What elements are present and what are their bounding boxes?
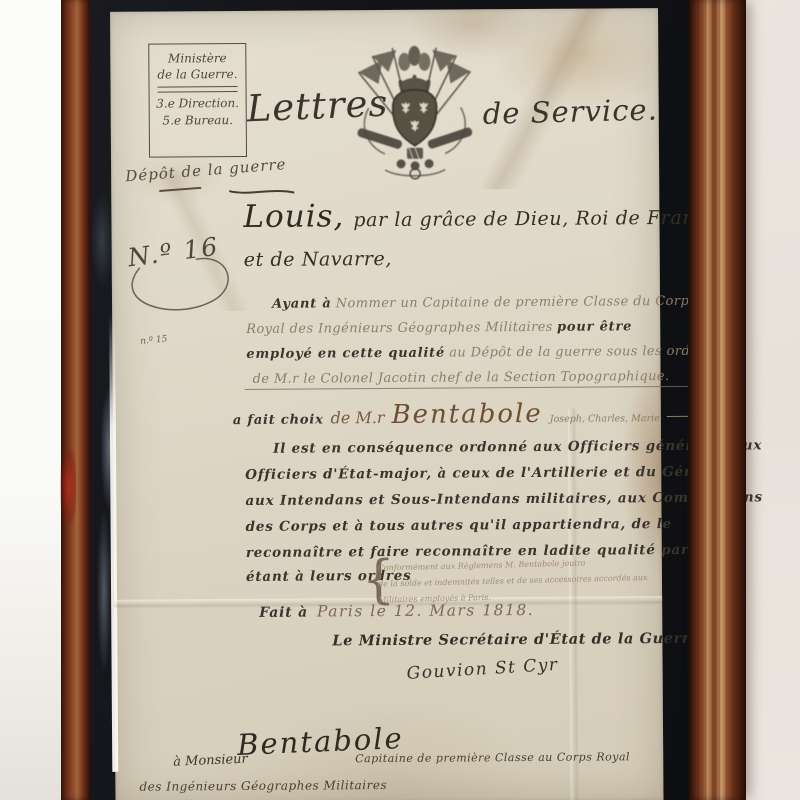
hw-royal-corps: Royal des Ingénieurs Géographes Militair… [246, 320, 553, 337]
printed-employe: employé en cette qualité [246, 346, 445, 362]
footer-title-line2: des Ingénieurs Géographes Militaires [139, 778, 387, 794]
choice-line: a fait choix de M.r Bentabole Joseph, Ch… [233, 398, 719, 431]
king-name: Louis, [243, 198, 344, 235]
royal-heading-line2: et de Navarre, [244, 248, 392, 271]
hw-appointee-name: Bentabole [391, 399, 542, 430]
hw-colonel-jacotin: de M.r le Colonel Jacotin chef de la Sec… [253, 369, 670, 387]
royal-heading-rest: par la grâce de Dieu, Roi de France [353, 207, 718, 232]
bureau-line: 5.e Bureau. [152, 114, 244, 128]
ministry-office-box: Ministère de la Guerre. 3.e Direction. 5… [148, 43, 247, 158]
royal-heading-line1: Louis, par la grâce de Dieu, Roi de Fran… [243, 196, 718, 235]
wall-left-strip [0, 0, 61, 800]
ministry-line1: Ministère [151, 52, 243, 66]
appointment-line4: de M.r le Colonel Jacotin chef de la Sec… [253, 369, 670, 387]
picture-frame-left [61, 0, 90, 800]
direction-line: 3.e Direction. [152, 97, 244, 111]
appointment-line1: Ayant à Nommer un Capitaine de première … [272, 294, 696, 312]
printed-fait-a: Fait à [259, 605, 308, 621]
frame-wood-grain [688, 0, 746, 800]
printed-pour-etre: pour être [557, 319, 632, 335]
hw-nommer: Nommer un Capitaine de première Classe d… [336, 294, 697, 312]
ordinance-line4: des Corps et à tous autres qu'il apparti… [246, 516, 673, 535]
hw-date: Paris le 12. Mars 1818. [317, 601, 534, 621]
frame-red-wear-spot [60, 448, 76, 526]
title-de-service: de Service. [482, 93, 658, 131]
royal-coat-of-arms-emblem [348, 41, 481, 188]
appointment-line3: employé en cette qualité au Dépôt de la … [246, 344, 712, 362]
document-paper: Ministère de la Guerre. 3.e Direction. 5… [110, 8, 664, 800]
ministry-line2: de la Guerre. [151, 68, 243, 82]
printed-fait-choix: a fait choix [233, 412, 324, 428]
minister-title-line: Le Ministre Secrétaire d'État de la Guer… [332, 630, 705, 650]
footer-title-line1: Capitaine de première Classe au Corps Ro… [355, 750, 630, 765]
ordinance-line2: Officiers d'État-major, à ceux de l'Arti… [245, 464, 715, 483]
printed-ayant: Ayant à [272, 296, 332, 311]
hw-de-monsieur: de M.r [331, 408, 385, 427]
minister-signature: Gouvion St Cyr [406, 655, 559, 684]
number-flourish [116, 245, 251, 330]
appointment-line2: Royal des Ingénieurs Géographes Militair… [246, 319, 632, 337]
double-rule [158, 86, 238, 93]
date-line: Fait à Paris le 12. Mars 1818. [259, 601, 534, 621]
hw-firstnames: Joseph, Charles, Marie [550, 413, 660, 425]
hw-au-depot: au Dépôt de la guerre sous les ordres [449, 344, 712, 361]
margin-small-note: n.º 15 [140, 334, 168, 347]
